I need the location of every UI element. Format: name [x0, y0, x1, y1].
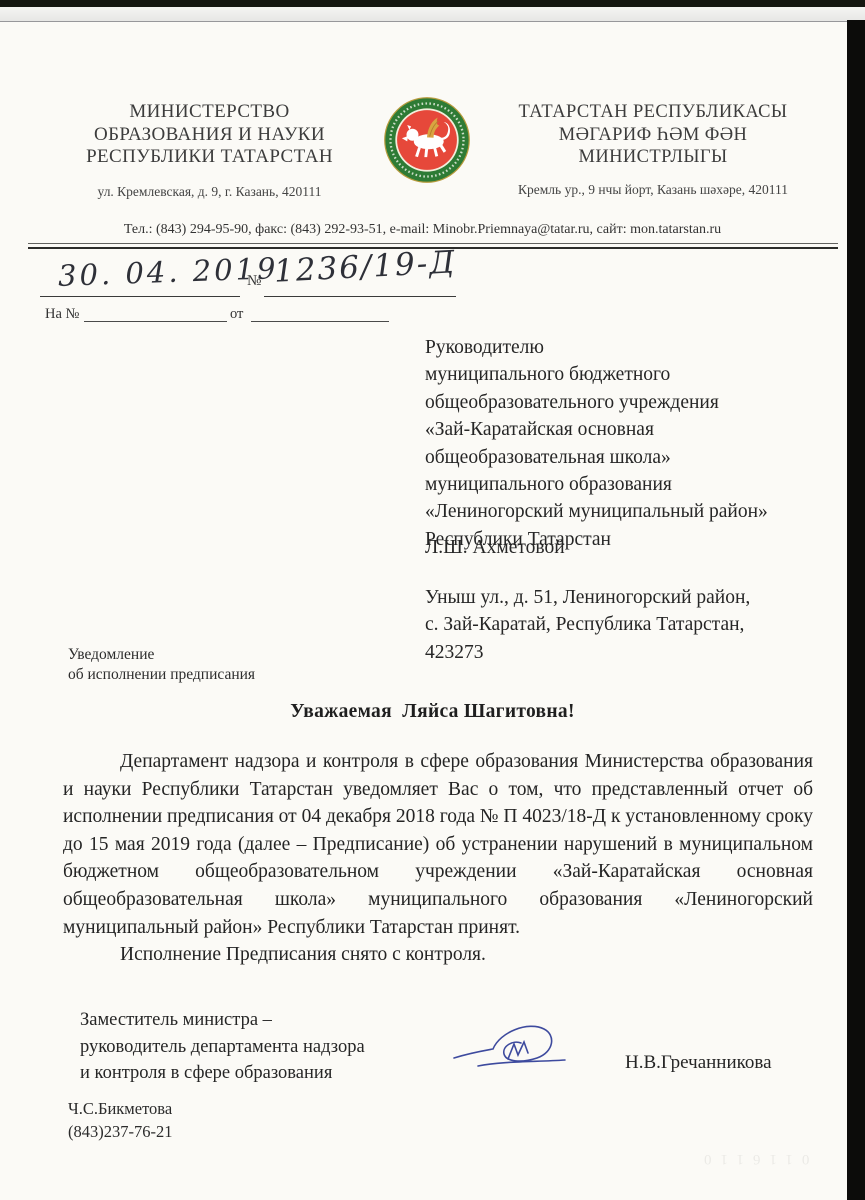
recipient-line: муниципального образования — [425, 471, 825, 498]
ministry-name-line: МИНИСТРЛЫГЫ — [478, 146, 828, 169]
executor-name: Ч.С.Бикметова — [68, 1097, 172, 1120]
ministry-name-line: РЕСПУБЛИКИ ТАТАРСТАН — [52, 146, 367, 169]
ministry-name-tatar: ТАТАРСТАН РЕСПУБЛИКАСЫ МӘГАРИФ ҺӘМ ФӘН М… — [478, 101, 828, 198]
signer-position-block: Заместитель министра – руководитель депа… — [80, 1007, 365, 1087]
recipient-line: Руководителю — [425, 334, 825, 361]
recipient-line: общеобразовательного учреждения — [425, 389, 825, 416]
ministry-name-line: МИНИСТЕРСТВО — [52, 101, 367, 124]
ministry-name-russian: МИНИСТЕРСТВО ОБРАЗОВАНИЯ И НАУКИ РЕСПУБЛ… — [52, 101, 367, 200]
recipient-line: общеобразовательная школа» — [425, 444, 825, 471]
tatarstan-coat-of-arms-icon — [383, 96, 471, 184]
recipient-address-line: 423273 — [425, 639, 825, 666]
faint-form-number: 0116110 — [695, 1150, 809, 1167]
reply-from-label: от — [230, 306, 243, 323]
number-underline — [264, 276, 456, 297]
handwritten-signature — [448, 1010, 573, 1088]
recipient-line: «Лениногорский муниципальный район» — [425, 498, 825, 525]
document-type-label: Уведомление об исполнении предписания — [68, 645, 255, 684]
ministry-name-line: МӘГАРИФ ҺӘМ ФӘН — [478, 124, 828, 147]
signer-position-line: руководитель департамента надзора — [80, 1034, 365, 1061]
document-type-line: об исполнении предписания — [68, 665, 255, 685]
body-paragraph: Департамент надзора и контроля в сфере о… — [63, 748, 813, 941]
recipient-address-line: Уныш ул., д. 51, Лениногорский район, — [425, 584, 825, 611]
scanned-letter-page: МИНИСТЕРСТВО ОБРАЗОВАНИЯ И НАУКИ РЕСПУБЛ… — [0, 0, 865, 1200]
scanner-edge-top — [0, 0, 865, 7]
reply-date-blank-line — [251, 303, 389, 322]
reply-to-number-label: На № — [45, 306, 79, 323]
number-sign-label: № — [247, 273, 261, 290]
signer-position-line: Заместитель министра – — [80, 1007, 365, 1034]
ministry-address-tatar: Кремль ур., 9 нчы йорт, Казань шәхәре, 4… — [478, 182, 828, 198]
reply-number-blank-line — [84, 303, 227, 322]
recipient-address-line: с. Зай-Каратай, Республика Татарстан, — [425, 611, 825, 638]
executor-phone: (843)237-76-21 — [68, 1120, 172, 1143]
scanner-page-fold-band — [0, 7, 865, 22]
letter-body: Департамент надзора и контроля в сфере о… — [63, 748, 813, 969]
ministry-name-line: ОБРАЗОВАНИЯ И НАУКИ — [52, 124, 367, 147]
body-paragraph: Исполнение Предписания снято с контроля. — [63, 941, 813, 969]
document-type-line: Уведомление — [68, 645, 255, 665]
signer-position-line: и контроля в сфере образования — [80, 1060, 365, 1087]
recipient-line: «Зай-Каратайская основная — [425, 416, 825, 443]
executor-contact-block: Ч.С.Бикметова (843)237-76-21 — [68, 1097, 172, 1143]
recipient-person-name: Л.Ш. Ахметовой — [425, 537, 565, 559]
scanner-edge-right — [847, 20, 865, 1200]
salutation-heading: Уважаемая Ляйса Шагитовна! — [60, 701, 805, 723]
contact-info-line: Тел.: (843) 294-95-90, факс: (843) 292-9… — [0, 222, 845, 238]
recipient-line: муниципального бюджетного — [425, 361, 825, 388]
date-underline — [40, 276, 240, 297]
ministry-address-russian: ул. Кремлевская, д. 9, г. Казань, 420111 — [52, 184, 367, 200]
recipient-block: Руководителю муниципального бюджетного о… — [425, 334, 825, 553]
recipient-postal-address: Уныш ул., д. 51, Лениногорский район, с.… — [425, 584, 825, 666]
ministry-name-line: ТАТАРСТАН РЕСПУБЛИКАСЫ — [478, 101, 828, 124]
signer-name: Н.В.Гречанникова — [625, 1052, 772, 1074]
